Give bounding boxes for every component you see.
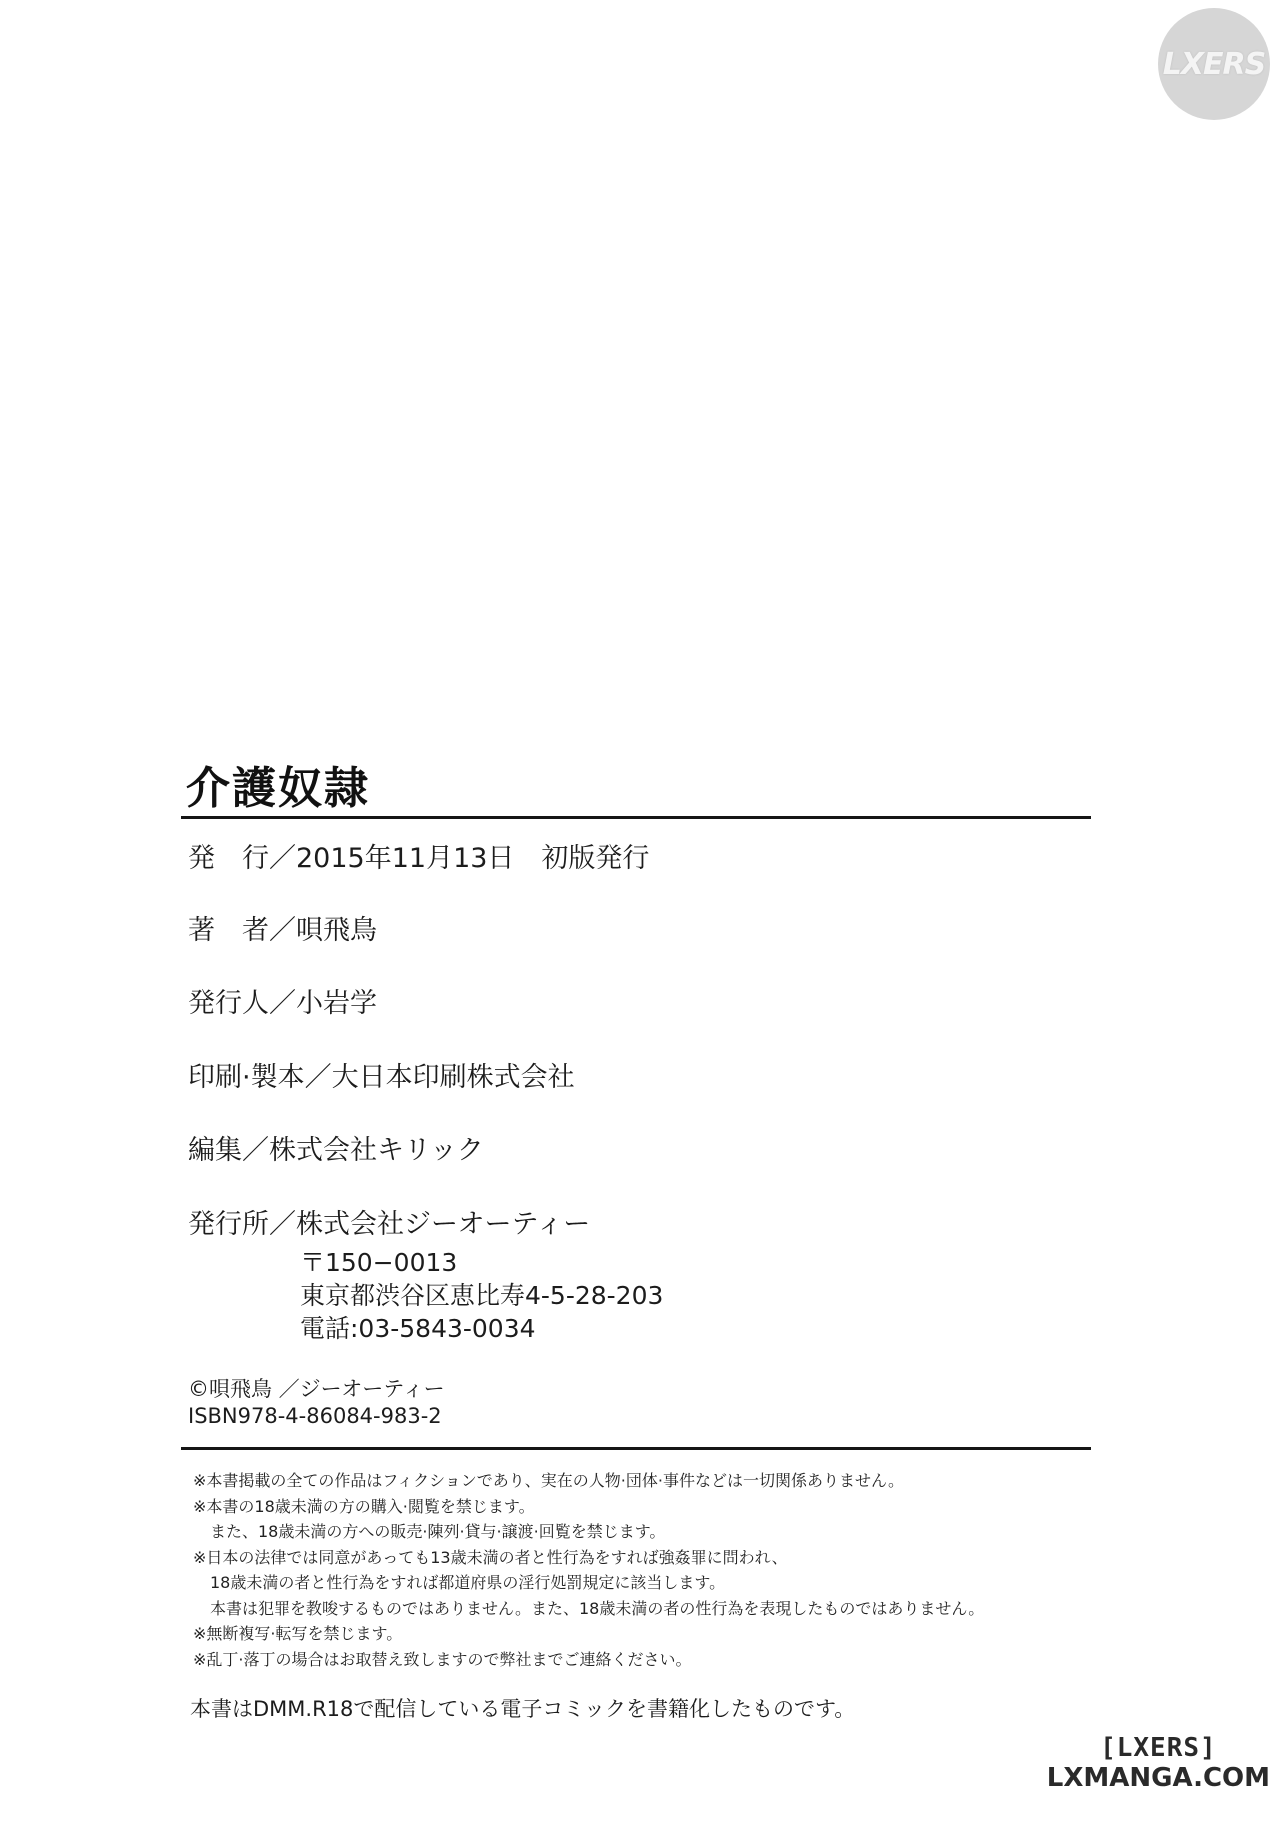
colophon-row-printing: 印刷·製本／大日本印刷株式会社 (188, 1055, 575, 1094)
colophon-row-publish-date: 発 行／2015年11月13日 初版発行 (188, 836, 649, 875)
legal-note: また、18歳未満の方への販売·陳列·貸与·譲渡·回覧を禁じます。 (193, 1519, 984, 1545)
colophon-label: 印刷·製本／ (188, 1062, 332, 1093)
legal-note: ※本書掲載の全ての作品はフィクションであり、実在の人物·団体·事件などは一切関係… (193, 1468, 984, 1494)
colophon-row-author: 著 者／唄飛鳥 (188, 908, 377, 947)
colophon-value: 大日本印刷株式会社 (332, 1062, 575, 1093)
book-title: 介護奴隷 (186, 752, 370, 816)
watermark-line-2: LXMANGA.COM (1047, 1763, 1270, 1793)
legal-note: 18歳未満の者と性行為をすれば都道府県の淫行処罰規定に該当します。 (193, 1570, 984, 1596)
colophon-row-publisher: 発行所／株式会社ジーオーティー (188, 1202, 590, 1241)
legal-note: ※日本の法律では同意があっても13歳未満の者と性行為をすれば強姦罪に問われ、 (193, 1545, 984, 1571)
copyright-line: ©唄飛鳥 ／ジーオーティー (188, 1376, 445, 1403)
legal-note: ※無断複写·転写を禁じます。 (193, 1621, 984, 1647)
colophon-row-editor: 編集／株式会社キリック (188, 1128, 484, 1167)
colophon-label: 発行所／ (188, 1209, 296, 1240)
publisher-address: 〒150−0013 東京都渋谷区恵比寿4-5-28-203 電話:03-5843… (300, 1246, 663, 1345)
phone-number: 電話:03-5843-0034 (300, 1312, 663, 1345)
digital-origin-note: 本書はDMM.R18で配信している電子コミックを書籍化したものです。 (190, 1693, 855, 1723)
colophon-label: 発行人／ (188, 988, 296, 1019)
copyright-block: ©唄飛鳥 ／ジーオーティー ISBN978-4-86084-983-2 (188, 1376, 445, 1430)
colophon-value: 小岩学 (296, 988, 377, 1019)
postal-code: 〒150−0013 (300, 1246, 663, 1279)
legal-note: ※本書の18歳未満の方の購入·閲覧を禁じます。 (193, 1494, 984, 1520)
colophon-label: 著 者／ (188, 915, 296, 946)
colophon-label: 発 行／ (188, 843, 296, 874)
divider-top (181, 816, 1091, 819)
watermark-logo-text: LXERS (1163, 47, 1265, 82)
divider-bottom (181, 1447, 1091, 1450)
watermark-line-1: [LXERS] (1047, 1733, 1270, 1763)
lxmanga-watermark: [LXERS] LXMANGA.COM (1047, 1733, 1270, 1793)
legal-notes: ※本書掲載の全ての作品はフィクションであり、実在の人物·団体·事件などは一切関係… (193, 1468, 984, 1672)
colophon-value: 2015年11月13日 初版発行 (296, 843, 649, 874)
legal-note: ※乱丁·落丁の場合はお取替え致しますので弊社までご連絡ください。 (193, 1647, 984, 1673)
colophon-value: 唄飛鳥 (296, 915, 377, 946)
colophon-row-publisher-person: 発行人／小岩学 (188, 981, 377, 1020)
colophon-value: 株式会社キリック (269, 1135, 484, 1166)
isbn: ISBN978-4-86084-983-2 (188, 1403, 445, 1430)
colophon-value: 株式会社ジーオーティー (296, 1209, 590, 1240)
colophon-label: 編集／ (188, 1135, 269, 1166)
legal-note: 本書は犯罪を教唆するものではありません。また、18歳未満の者の性行為を表現したも… (193, 1596, 984, 1622)
street-address: 東京都渋谷区恵比寿4-5-28-203 (300, 1279, 663, 1312)
lxers-logo-watermark: LXERS (1158, 8, 1270, 120)
